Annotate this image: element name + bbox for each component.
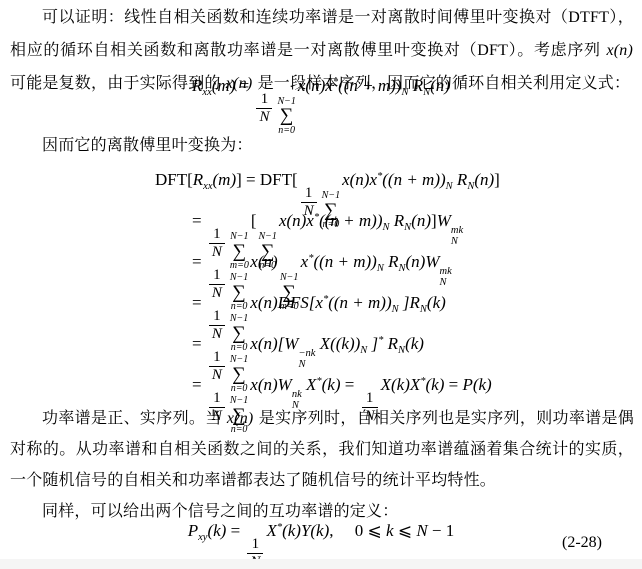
derivation-line-3: = 1NN−1∑n=0x(n)N−1∑m=0x*((n + m))N RN(n)…	[155, 238, 500, 279]
paragraph-power-spectrum-properties: 功率谱是正、实序列。当 x(n) 是实序列时，自相关序列也是实序列，则功率谱是偶…	[10, 403, 634, 496]
derivation-line-5: = 1NN−1∑n=0x(n)[W−nkN X((k))N ]* RN(k)	[155, 320, 500, 361]
derivation-line-6: = 1NN−1∑n=0x(n)WnkN X*(k) = 1NX(k)X*(k) …	[155, 361, 500, 402]
equation-circular-autocorrelation: Rxx(m) = 1NN−1∑n=0x(n)x*((n + m))N RN(n)	[0, 84, 642, 128]
document-page: 可以证明：线性自相关函数和连续功率谱是一对离散时间傅里叶变换对（DTFT），相应…	[0, 0, 642, 569]
equation-derivation-block: DFT[Rxx(m)] = DFT[1NN−1∑n=0x(n)x*((n + m…	[155, 156, 500, 402]
derivation-line-2: = 1NN−1∑m=0[N−1∑n=0x(n)x*((n + m))N RN(n…	[155, 197, 500, 238]
equation-circular-autocorrelation-content: Rxx(m) = 1NN−1∑n=0x(n)x*((n + m))N RN(n)	[192, 76, 450, 136]
equation-number: (2-28)	[562, 534, 602, 552]
derivation-line-1: DFT[Rxx(m)] = DFT[1NN−1∑n=0x(n)x*((n + m…	[155, 156, 500, 197]
page-bottom-strip	[0, 559, 642, 569]
